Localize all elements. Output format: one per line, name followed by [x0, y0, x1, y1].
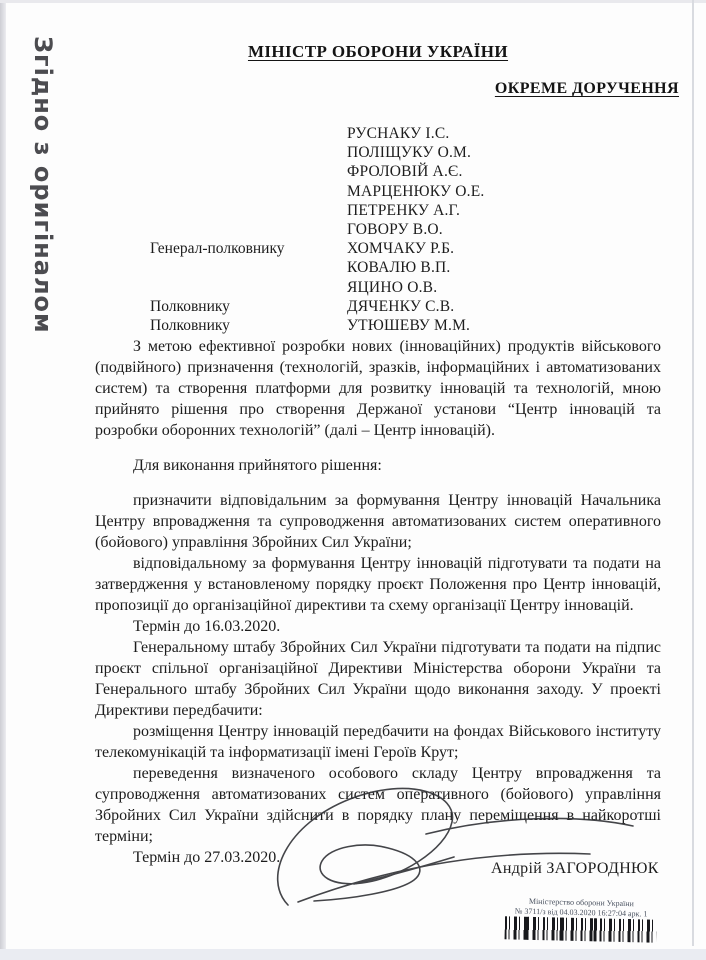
addressee-row: ГОВОРУ В.О.: [150, 220, 484, 239]
addressee-row: Генерал-полковнику ХОМЧАКУ Р.Б.: [150, 239, 484, 258]
document-type-heading: ОКРЕМЕ ДОРУЧЕННЯ: [495, 80, 679, 98]
addressee-rank: Генерал-полковнику: [150, 239, 347, 258]
addressee-rank: [150, 201, 347, 220]
addressee-name: ФРОЛОВІЙ А.Є.: [347, 162, 463, 181]
addressee-row: ПЕТРЕНКУ А.Г.: [150, 201, 484, 220]
page-edge-top: [0, 0, 706, 3]
body-paragraph: призначити відповідальним за формування …: [95, 490, 661, 553]
certification-note: Згідно з оригіналом: [29, 36, 57, 334]
addressee-row: РУСНАКУ І.С.: [150, 124, 484, 143]
addressee-row: ФРОЛОВІЙ А.Є.: [150, 162, 484, 181]
addressee-name: КОВАЛЮ В.П.: [347, 258, 451, 277]
addressee-rank: [150, 278, 347, 297]
body-paragraph: Для виконання прийнятого рішення:: [95, 455, 661, 476]
addressee-name: ЯЦИНО О.В.: [347, 278, 437, 297]
addressee-rank: [150, 220, 347, 239]
scanned-document-page: Згідно з оригіналом МІНІСТР ОБОРОНИ УКРА…: [0, 0, 706, 960]
body-paragraph: розміщення Центру інновацій передбачити …: [95, 721, 661, 763]
addressee-rank: Полковнику: [150, 297, 347, 316]
addressee-name: ГОВОРУ В.О.: [347, 220, 443, 239]
addressee-row: ЯЦИНО О.В.: [150, 278, 484, 297]
page-edge-left: [0, 0, 6, 960]
addressee-name: ХОМЧАКУ Р.Б.: [347, 239, 454, 258]
addressee-rank: [150, 162, 347, 181]
addressee-row: Полковнику ДЯЧЕНКУ С.В.: [150, 297, 484, 316]
addressee-rank: [150, 143, 347, 162]
document-title: МІНІСТР ОБОРОНИ УКРАЇНИ: [95, 42, 661, 62]
body-paragraph: Термін до 16.03.2020.: [95, 616, 661, 637]
signer-name: Андрій ЗАГОРОДНЮК: [491, 860, 659, 878]
addressee-name: УТЮШЕВУ М.М.: [347, 316, 470, 335]
addressee-rank: [150, 124, 347, 143]
body-paragraph: З метою ефективної розробки нових (іннов…: [95, 336, 661, 441]
addressee-name: ДЯЧЕНКУ С.В.: [347, 297, 454, 316]
addressee-row: Полковнику УТЮШЕВУ М.М.: [150, 316, 484, 335]
page-edge-right: [692, 0, 694, 946]
addressee-rank: [150, 182, 347, 201]
body-paragraph: відповідальному за формування Центру інн…: [95, 553, 661, 616]
addressee-list: РУСНАКУ І.С. ПОЛІЩУКУ О.М. ФРОЛОВІЙ А.Є.…: [150, 124, 484, 335]
registration-stamp: Міністерство оборони України № 3711/з ві…: [482, 896, 681, 943]
body-paragraph: Генеральному штабу Збройних Сил України …: [95, 637, 661, 721]
addressee-name: ПЕТРЕНКУ А.Г.: [347, 201, 460, 220]
stamp-barcode: [505, 916, 657, 942]
addressee-rank: Полковнику: [150, 316, 347, 335]
addressee-rank: [150, 258, 347, 277]
addressee-name: РУСНАКУ І.С.: [347, 124, 449, 143]
addressee-name: МАРЦЕНЮКУ О.Е.: [347, 182, 484, 201]
addressee-name: ПОЛІЩУКУ О.М.: [347, 143, 471, 162]
addressee-row: ПОЛІЩУКУ О.М.: [150, 143, 484, 162]
page-edge-bottom: [0, 949, 706, 960]
addressee-row: МАРЦЕНЮКУ О.Е.: [150, 182, 484, 201]
addressee-row: КОВАЛЮ В.П.: [150, 258, 484, 277]
